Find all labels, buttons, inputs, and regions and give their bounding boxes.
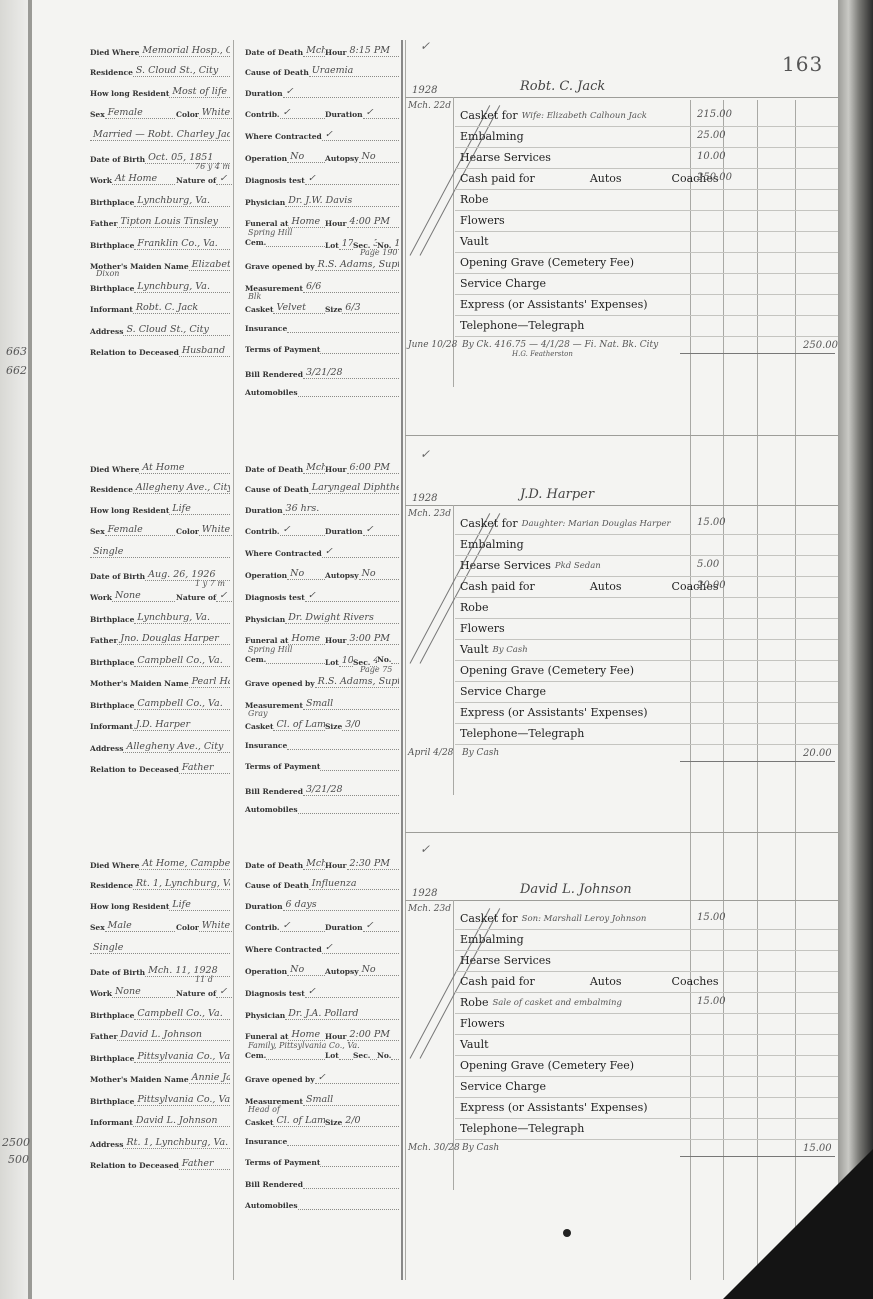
mother-birthplace-label: Birthplace <box>90 701 134 710</box>
item-amount: 20.00 <box>697 580 726 591</box>
item-label: Telephone—Telegraph <box>455 727 584 740</box>
operation-label: Operation <box>245 967 287 976</box>
item-label: Telephone—Telegraph <box>455 319 584 332</box>
cem-label: Cem. <box>245 238 266 247</box>
cause-value: Laryngeal Diphtheria <box>309 482 399 494</box>
size-field: Size3/0 <box>325 719 399 731</box>
father-birthplace-label: Birthplace <box>90 241 134 250</box>
duration-field: Duration36 hrs. <box>245 503 399 515</box>
relation-value: Father <box>179 762 230 774</box>
lot-value: 178 <box>339 238 353 250</box>
measurement-value: Small <box>303 1094 399 1106</box>
color-value: White <box>199 524 232 536</box>
item-label: Robe <box>455 601 488 614</box>
how-long-resident-label: How long Resident <box>90 506 169 515</box>
relation-field: Relation to DeceasedFather <box>90 1158 230 1170</box>
where-contracted-value: ✓ <box>322 942 399 954</box>
contrib-duration-field: Duration✓ <box>325 524 399 536</box>
died-where-label: Died Where <box>90 48 139 57</box>
bill-rendered-field: Bill Rendered3/21/28 <box>245 784 399 796</box>
marital-field: Single <box>90 942 230 954</box>
check-mark-icon: ✓ <box>420 447 430 461</box>
terms-label: Terms of Payment <box>245 762 320 771</box>
duration-value: ✓ <box>283 86 399 98</box>
hour-field: Hour8:15 PM <box>325 45 399 57</box>
item-label: Casket for <box>455 912 518 925</box>
bill-rendered-value <box>303 1188 399 1189</box>
residence-label: Residence <box>90 68 133 77</box>
grave-opened-by-label: Grave opened by <box>245 679 315 688</box>
funeral-at-field: Funeral atHome <box>245 216 325 228</box>
physician-label: Physician <box>245 198 285 207</box>
item-amount: 15.00 <box>697 912 726 923</box>
where-contracted-field: Where Contracted✓ <box>245 546 399 558</box>
insurance-label: Insurance <box>245 324 287 333</box>
item-label: Hearse Services <box>455 151 551 164</box>
automobiles-value <box>298 396 399 397</box>
date-of-birth-label: Date of Birth <box>90 155 145 164</box>
binding-gutter <box>28 0 32 1299</box>
account-line-item: Opening Grave (Cemetery Fee) <box>455 660 840 682</box>
how-long-resident-value: Life <box>169 899 230 911</box>
account-top-rule <box>405 900 838 901</box>
informant-value: David L. Johnson <box>133 1115 230 1127</box>
sec-value <box>370 1059 377 1060</box>
sex-label: Sex <box>90 527 105 536</box>
date-of-death-label: Date of Death <box>245 465 303 474</box>
payment-subtext: H.G. Featherston <box>512 350 573 358</box>
insurance-label: Insurance <box>245 741 287 750</box>
contrib-value: ✓ <box>280 920 325 932</box>
item-label: Robe <box>455 193 488 206</box>
grave-opened-by-value: ✓ <box>315 1072 399 1084</box>
entry-separator <box>405 832 838 833</box>
mothers-maiden-name-field: Mother's Maiden NamePearl Hamlett <box>90 676 230 688</box>
account-line-item: Flowers <box>455 1013 840 1035</box>
color-value: White <box>199 920 232 932</box>
diagnosis-test-value: ✓ <box>305 173 399 185</box>
contrib-duration-label: Duration <box>325 527 363 536</box>
measurement-field: Measurement6/6 <box>245 281 399 293</box>
item-label: Cash paid for <box>455 172 535 185</box>
payment-date: Mch. 30/28 <box>408 1143 460 1153</box>
automobiles-value <box>298 813 399 814</box>
book-page-edges <box>838 0 873 1299</box>
cause-label: Cause of Death <box>245 881 309 890</box>
payment-date: April 4/28 <box>408 748 453 758</box>
where-contracted-label: Where Contracted <box>245 132 322 141</box>
contrib-field: Contrib.✓ <box>245 524 325 536</box>
account-year: 1928 <box>412 493 437 504</box>
funeral-hour-value: 2:00 PM <box>347 1029 400 1041</box>
account-line-item: Service Charge <box>455 681 840 703</box>
hour-label: Hour <box>325 861 347 870</box>
diagnosis-test-label: Diagnosis test <box>245 176 305 185</box>
address-field: AddressS. Cloud St., City <box>90 324 230 336</box>
informant-field: InformantJ.D. Harper <box>90 719 230 731</box>
hour-value: 8:15 PM <box>347 45 400 57</box>
account-line-item: Vault <box>455 231 840 253</box>
operation-label: Operation <box>245 154 287 163</box>
contrib-label: Contrib. <box>245 527 280 536</box>
birthplace-label: Birthplace <box>90 198 134 207</box>
item-label: Vault <box>455 235 489 248</box>
account-top-rule <box>405 97 838 98</box>
informant-value: Robt. C. Jack <box>133 302 230 314</box>
account-date: Mch. 23d <box>408 509 451 519</box>
bill-rendered-value: 3/21/28 <box>303 784 399 796</box>
age-note: 1 y 7 m <box>195 579 225 588</box>
item-label: Express (or Assistants' Expenses) <box>455 706 648 719</box>
page-note: Page 75 <box>360 665 392 674</box>
account-year: 1928 <box>412 888 437 899</box>
item-label: Robe <box>455 996 488 1009</box>
account-line-item: Cash paid forAutosCoaches <box>455 576 840 598</box>
date-of-birth-label: Date of Birth <box>90 968 145 977</box>
relation-label: Relation to Deceased <box>90 348 179 357</box>
account-line-item: Robe <box>455 189 840 211</box>
nature-of-label: Nature of <box>176 593 216 602</box>
cause-field: Cause of DeathLaryngeal Diphtheria <box>245 482 399 494</box>
item-label: Service Charge <box>455 685 546 698</box>
work-value: None <box>112 986 175 998</box>
contrib-value: ✓ <box>280 107 325 119</box>
died-where-value: At Home <box>139 462 230 474</box>
account-line-item: Hearse ServicesPkd Sedan <box>455 555 840 577</box>
physician-field: PhysicianDr. J.A. Pollard <box>245 1008 399 1020</box>
item-amount: 215.00 <box>697 109 732 120</box>
casket-label: Casket <box>245 305 273 314</box>
contrib-duration-value: ✓ <box>363 524 399 536</box>
casket-label: Casket <box>245 722 273 731</box>
sec-field: Sec. <box>353 1051 377 1060</box>
no-value <box>391 663 399 664</box>
account-line-item: Express (or Assistants' Expenses) <box>455 294 840 316</box>
sex-label: Sex <box>90 110 105 119</box>
birthplace-field: BirthplaceCampbell Co., Va. <box>90 1008 230 1020</box>
operation-label: Operation <box>245 571 287 580</box>
duration-field: Duration6 days <box>245 899 399 911</box>
contrib-value: ✓ <box>280 524 325 536</box>
duration-value: 6 days <box>283 899 399 911</box>
item-label: Embalming <box>455 933 524 946</box>
father-birthplace-label: Birthplace <box>90 1054 134 1063</box>
no-label: No. <box>377 655 391 664</box>
payment-description: By Cash <box>462 1143 499 1153</box>
cemetery-note: Spring Hill <box>248 645 292 654</box>
lot-label: Lot <box>325 658 339 667</box>
address-value: S. Cloud St., City <box>123 324 230 336</box>
item-handwritten-note: Sale of casket and embalming <box>488 998 622 1008</box>
color-label: Color <box>176 527 199 536</box>
item-amount: 10.00 <box>697 151 726 162</box>
account-line-item: Hearse Services <box>455 950 840 972</box>
cause-value: Influenza <box>309 878 399 890</box>
sex-value: Female <box>105 107 175 119</box>
date-of-birth-label: Date of Birth <box>90 572 145 581</box>
account-line-item: Cash paid forAutosCoaches <box>455 971 840 993</box>
payment-total-rule <box>680 761 835 762</box>
funeral-hour-label: Hour <box>325 636 347 645</box>
physician-field: PhysicianDr. J.W. Davis <box>245 195 399 207</box>
terms-field: Terms of Payment <box>245 1158 399 1167</box>
size-value: 3/0 <box>342 719 399 731</box>
diagnosis-test-label: Diagnosis test <box>245 593 305 602</box>
autopsy-field: AutopsyNo <box>325 568 399 580</box>
address-value: Allegheny Ave., City <box>123 741 230 753</box>
size-value: 2/0 <box>342 1115 399 1127</box>
insurance-field: Insurance <box>245 324 399 333</box>
work-label: Work <box>90 989 112 998</box>
item-handwritten-note: Son: Marshall Leroy Johnson <box>518 914 647 924</box>
item-label: Flowers <box>455 622 505 635</box>
casket-field: CasketVelvet <box>245 302 325 314</box>
cem-field: Cem. <box>245 655 325 664</box>
measurement-field: MeasurementSmall <box>245 698 399 710</box>
funeral-at-field: Funeral atHome <box>245 1029 325 1041</box>
father-birthplace-field: BirthplaceFranklin Co., Va. <box>90 238 230 250</box>
birthplace-value: Lynchburg, Va. <box>134 612 230 624</box>
insurance-field: Insurance <box>245 741 399 750</box>
account-line-item: Vault <box>455 1034 840 1056</box>
item-label: Vault <box>455 1038 489 1051</box>
hour-value: 2:30 PM <box>347 858 400 870</box>
work-value: None <box>112 590 175 602</box>
item-label: Embalming <box>455 130 524 143</box>
funeral-hour-label: Hour <box>325 219 347 228</box>
cem-value <box>266 663 325 664</box>
funeral-at-label: Funeral at <box>245 1032 288 1041</box>
mother-birthplace-field: BirthplaceCampbell Co., Va. <box>90 698 230 710</box>
terms-field: Terms of Payment <box>245 345 399 354</box>
automobiles-value <box>298 1209 399 1210</box>
payment-amount: 250.00 <box>803 340 838 351</box>
item-label: Flowers <box>455 1017 505 1030</box>
color-field: ColorWhite <box>176 524 232 536</box>
check-mark-icon: ✓ <box>420 39 430 53</box>
terms-label: Terms of Payment <box>245 345 320 354</box>
grave-opened-by-value: R.S. Adams, Supt. <box>315 259 399 271</box>
funeral-at-value: Home <box>288 216 325 228</box>
lot-label: Lot <box>325 241 339 250</box>
item-amount: 250.00 <box>697 172 732 183</box>
address-value: Rt. 1, Lynchburg, Va. <box>123 1137 230 1149</box>
relation-value: Father <box>179 1158 230 1170</box>
margin-note: 662 <box>6 364 27 377</box>
residence-field: ResidenceAllegheny Ave., City <box>90 482 230 494</box>
item-label: Cash paid for <box>455 975 535 988</box>
sec-label: Sec. <box>353 1051 370 1060</box>
lot-value: 104 <box>339 655 353 667</box>
informant-field: InformantDavid L. Johnson <box>90 1115 230 1127</box>
item-sublabel-autos: Autos <box>535 172 622 185</box>
account-line-item: Hearse Services <box>455 147 840 169</box>
diagnosis-test-label: Diagnosis test <box>245 989 305 998</box>
autopsy-value: No <box>359 964 399 976</box>
item-label: Telephone—Telegraph <box>455 1122 584 1135</box>
father-label: Father <box>90 1032 117 1041</box>
sex-field: SexFemale <box>90 524 175 536</box>
item-label: Opening Grave (Cemetery Fee) <box>455 256 634 269</box>
diagnosis-test-value: ✓ <box>305 986 399 998</box>
casket-label: Casket <box>245 1118 273 1127</box>
marital-value: Single <box>90 942 230 954</box>
bill-rendered-field: Bill Rendered <box>245 1180 399 1189</box>
nature-of-field: Nature of✓ <box>176 590 232 602</box>
diagnosis-test-value: ✓ <box>305 590 399 602</box>
insurance-value <box>287 749 399 750</box>
operation-value: No <box>287 151 325 163</box>
address-field: AddressAllegheny Ave., City <box>90 741 230 753</box>
contrib-label: Contrib. <box>245 923 280 932</box>
size-field: Size2/0 <box>325 1115 399 1127</box>
sex-label: Sex <box>90 923 105 932</box>
father-label: Father <box>90 219 117 228</box>
nature-of-value: ✓ <box>216 173 232 185</box>
margin-note: 663 <box>6 345 27 358</box>
automobiles-label: Automobiles <box>245 388 298 397</box>
item-sublabel-autos: Autos <box>535 580 622 593</box>
item-amount: 25.00 <box>697 130 726 141</box>
grave-opened-by-label: Grave opened by <box>245 1075 315 1084</box>
father-value: David L. Johnson <box>117 1029 230 1041</box>
physician-value: Dr. J.A. Pollard <box>285 1008 399 1020</box>
autopsy-value: No <box>359 151 399 163</box>
cem-field: Cem. <box>245 238 325 247</box>
residence-value: Allegheny Ave., City <box>133 482 230 494</box>
insurance-value <box>287 1145 399 1146</box>
date-of-death-field: Date of DeathMch. 22 <box>245 462 325 474</box>
father-label: Father <box>90 636 117 645</box>
account-line-item: Service Charge <box>455 273 840 295</box>
item-handwritten-note: Pkd Sedan <box>551 561 601 571</box>
account-line-item: Telephone—Telegraph <box>455 1118 840 1140</box>
autopsy-label: Autopsy <box>325 571 359 580</box>
funeral-hour-field: Hour2:00 PM <box>325 1029 399 1041</box>
relation-label: Relation to Deceased <box>90 765 179 774</box>
informant-field: InformantRobt. C. Jack <box>90 302 230 314</box>
contrib-label: Contrib. <box>245 110 280 119</box>
age-note: 11 d <box>195 975 213 984</box>
date-of-death-label: Date of Death <box>245 48 303 57</box>
father-field: FatherJno. Douglas Harper <box>90 633 230 645</box>
casket-note: Gray <box>248 709 268 718</box>
father-value: Tipton Louis Tinsley <box>117 216 230 228</box>
diagnosis-test-field: Diagnosis test✓ <box>245 590 399 602</box>
where-contracted-field: Where Contracted✓ <box>245 942 399 954</box>
birthplace-value: Lynchburg, Va. <box>134 195 230 207</box>
how-long-resident-field: How long ResidentMost of life <box>90 86 230 98</box>
date-of-death-value: Mch. 22 <box>303 858 325 870</box>
casket-field: CasketCl. of Lamb <box>245 1115 325 1127</box>
account-line-item: VaultBy Cash <box>455 639 840 661</box>
residence-label: Residence <box>90 881 133 890</box>
work-field: WorkNone <box>90 590 175 602</box>
operation-value: No <box>287 964 325 976</box>
mothers-maiden-name-value: Pearl Hamlett <box>189 676 230 688</box>
contrib-field: Contrib.✓ <box>245 920 325 932</box>
account-line-item: Flowers <box>455 618 840 640</box>
father-field: FatherDavid L. Johnson <box>90 1029 230 1041</box>
account-date: Mch. 23d <box>408 904 451 914</box>
contrib-duration-value: ✓ <box>363 920 399 932</box>
physician-label: Physician <box>245 615 285 624</box>
ledger-page: 163 663 662 2500 500 Died WhereMemorial … <box>0 0 845 1299</box>
page-number: 163 <box>782 52 823 76</box>
color-value: White <box>199 107 232 119</box>
hour-value: 6:00 PM <box>347 462 400 474</box>
duration-label: Duration <box>245 89 283 98</box>
column-divider <box>405 40 406 1280</box>
sex-field: SexMale <box>90 920 175 932</box>
relation-field: Relation to DeceasedHusband <box>90 345 230 357</box>
account-top-rule <box>405 505 838 506</box>
payment-amount: 15.00 <box>803 1143 832 1154</box>
physician-value: Dr. Dwight Rivers <box>285 612 399 624</box>
automobiles-field: Automobiles <box>245 805 399 814</box>
item-label: Casket for <box>455 517 518 530</box>
autopsy-label: Autopsy <box>325 967 359 976</box>
entry-separator <box>405 435 838 436</box>
casket-note: Blk <box>248 292 261 301</box>
where-contracted-value: ✓ <box>322 129 399 141</box>
item-label: Opening Grave (Cemetery Fee) <box>455 1059 634 1072</box>
casket-field: CasketCl. of Lamb <box>245 719 325 731</box>
funeral-hour-value: 4:00 PM <box>347 216 400 228</box>
payment-total-rule <box>680 353 835 354</box>
lot-field: Lot178 <box>325 238 353 250</box>
automobiles-label: Automobiles <box>245 1201 298 1210</box>
physician-value: Dr. J.W. Davis <box>285 195 399 207</box>
father-value: Jno. Douglas Harper <box>117 633 230 645</box>
previous-page-strip <box>0 0 30 1299</box>
funeral-at-value: Home <box>288 1029 325 1041</box>
how-long-resident-field: How long ResidentLife <box>90 503 230 515</box>
item-label: Hearse Services <box>455 559 551 572</box>
insurance-value <box>287 332 399 333</box>
size-label: Size <box>325 1118 342 1127</box>
grave-opened-by-field: Grave opened byR.S. Adams, Supt. <box>245 259 399 271</box>
casket-value: Velvet <box>273 302 325 314</box>
lot-value <box>339 1059 353 1060</box>
duration-field: Duration✓ <box>245 86 399 98</box>
birthplace-field: BirthplaceLynchburg, Va. <box>90 612 230 624</box>
autopsy-label: Autopsy <box>325 154 359 163</box>
item-handwritten-note: Daughter: Marian Douglas Harper <box>518 519 671 529</box>
physician-field: PhysicianDr. Dwight Rivers <box>245 612 399 624</box>
informant-value: J.D. Harper <box>133 719 230 731</box>
nature-of-label: Nature of <box>176 176 216 185</box>
nature-of-field: Nature of✓ <box>176 986 232 998</box>
where-contracted-label: Where Contracted <box>245 549 322 558</box>
date-of-death-value: Mch. 21 <box>303 45 325 57</box>
mothers-maiden-name-value: Annie Jackson <box>189 1072 230 1084</box>
duration-label: Duration <box>245 902 283 911</box>
residence-field: ResidenceRt. 1, Lynchburg, Va. <box>90 878 230 890</box>
autopsy-field: AutopsyNo <box>325 964 399 976</box>
bill-rendered-label: Bill Rendered <box>245 370 303 379</box>
column-divider <box>233 40 234 1280</box>
size-label: Size <box>325 722 342 731</box>
account-line-item: Cash paid forAutosCoaches <box>455 168 840 190</box>
where-contracted-field: Where Contracted✓ <box>245 129 399 141</box>
account-line-item: RobeSale of casket and embalming <box>455 992 840 1014</box>
item-label: Flowers <box>455 214 505 227</box>
marital-value: Married — Robt. Charley Jack <box>90 129 230 141</box>
informant-label: Informant <box>90 1118 133 1127</box>
margin-note: 500 <box>8 1153 29 1166</box>
account-line-item: Express (or Assistants' Expenses) <box>455 702 840 724</box>
